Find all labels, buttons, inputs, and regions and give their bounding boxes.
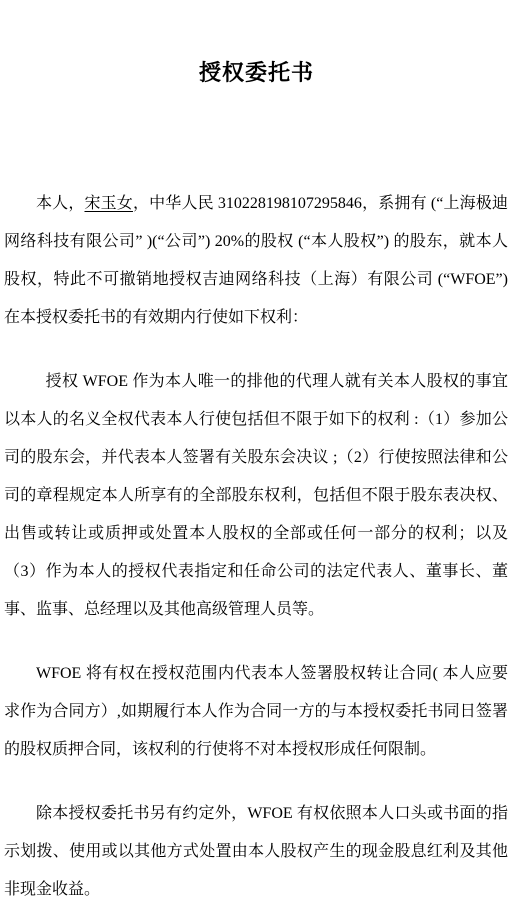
para1-text-after-name: ，中华人民 310228198107295846，系拥有 (“上海极迪网络科技有… [4, 195, 508, 326]
paragraph-shareholder-declaration: 本人，宋玉女，中华人民 310228198107295846，系拥有 (“上海极… [4, 185, 508, 337]
document-title: 授权委托书 [0, 0, 513, 88]
document-page: 授权委托书 本人，宋玉女，中华人民 310228198107295846，系拥有… [0, 0, 513, 902]
paragraph-contract-signing: WFOE 将有权在授权范围内代表本人签署股权转让合同( 本人应要求作为合同方）,… [4, 655, 508, 769]
para1-text-before-name: 本人， [36, 195, 84, 212]
shareholder-name-underlined: 宋玉女 [84, 195, 132, 212]
document-body: 本人，宋玉女，中华人民 310228198107295846，系拥有 (“上海极… [0, 185, 513, 902]
paragraph-dividend-disposal: 除本授权委托书另有约定外，WFOE 有权依照本人口头或书面的指示划拨、使用或以其… [4, 795, 508, 902]
paragraph-authorized-rights: 授权 WFOE 作为本人唯一的排他的代理人就有关本人股权的事宜以本人的名义全权代… [4, 363, 508, 629]
